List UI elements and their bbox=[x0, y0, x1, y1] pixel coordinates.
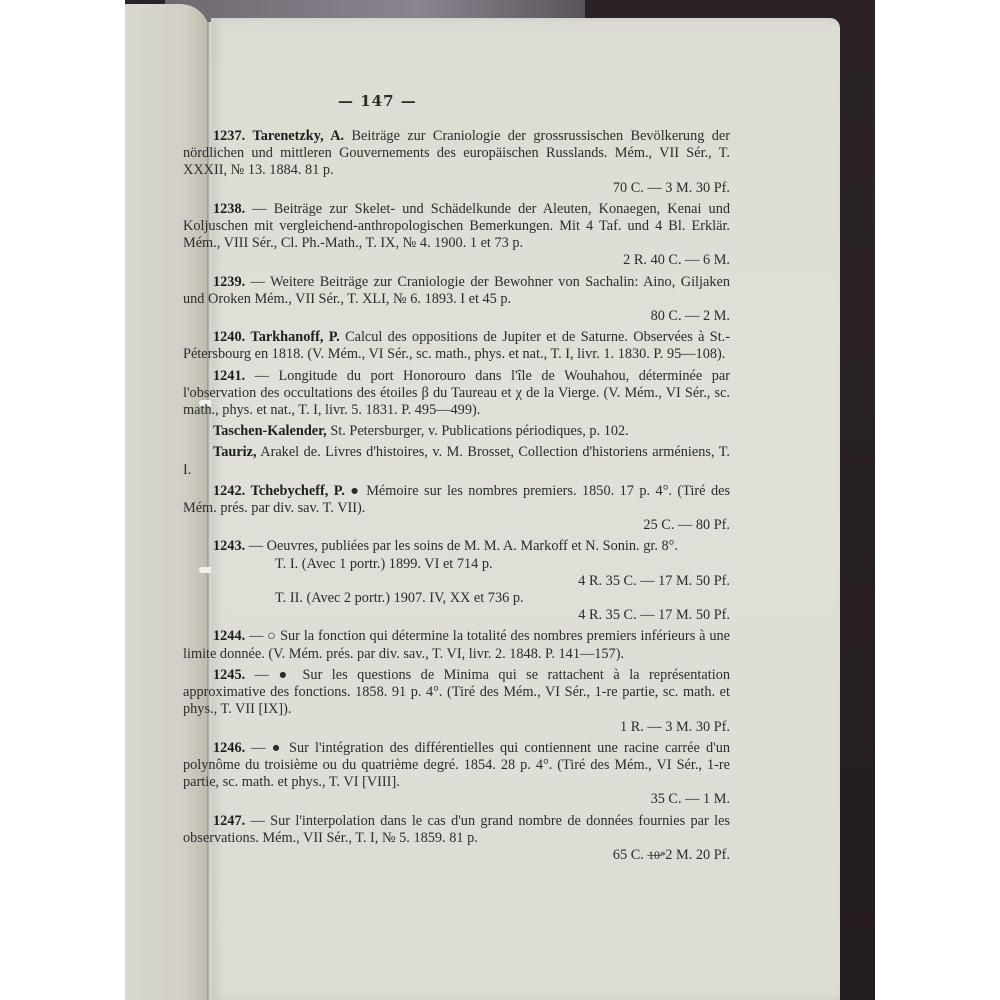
entry-number: 1245. bbox=[213, 667, 245, 683]
entry-number: 1239. bbox=[213, 274, 245, 290]
entry-price: 80 C. — 2 M. bbox=[183, 308, 730, 325]
entry-number: 1242. bbox=[213, 483, 245, 499]
entry-author: — bbox=[251, 740, 265, 756]
entry-text: Arakel de. Livres d'histoires, v. M. Bro… bbox=[183, 444, 730, 477]
entry-1244: 1244. — ○ Sur la fonction qui détermine … bbox=[183, 628, 730, 662]
entry-author: — bbox=[249, 538, 263, 554]
entry-number: 1237. bbox=[213, 128, 245, 144]
entry-price: 70 C. — 3 M. 30 Pf. bbox=[183, 180, 730, 197]
entry-number: 1241. bbox=[213, 368, 245, 384]
entry-1241: 1241. — Longitude du port Honorouro dans… bbox=[183, 368, 730, 420]
entry-author: — bbox=[249, 628, 263, 644]
entry-1237: 1237. Tarenetzky, A. Beiträge zur Cranio… bbox=[183, 128, 730, 197]
entry-text: Sur l'interpolation dans le cas d'un gra… bbox=[183, 813, 730, 846]
entry-price: 35 C. — 1 M. bbox=[183, 791, 730, 808]
entry-number: 1238. bbox=[213, 201, 245, 217]
entry-text: ● Sur l'intégration des différentielles … bbox=[183, 740, 730, 790]
entry-author: — bbox=[251, 274, 265, 290]
entry-text: ○ Sur la fonction qui détermine la total… bbox=[183, 628, 730, 661]
entry-price: 1 R. — 3 M. 30 Pf. bbox=[183, 719, 730, 736]
volume-2-text: T. II. (Avec 2 portr.) 1907. IV, XX et 7… bbox=[183, 590, 730, 607]
entry-author: — bbox=[255, 667, 269, 683]
volume-2-price: 4 R. 35 C. — 17 M. 50 Pf. bbox=[183, 607, 730, 624]
bibliography-list: 1237. Tarenetzky, A. Beiträge zur Cranio… bbox=[183, 128, 730, 868]
volume-1-price: 4 R. 35 C. — 17 M. 50 Pf. bbox=[183, 573, 730, 590]
entry-number: 1244. bbox=[213, 628, 245, 644]
entry-1238: 1238. — Beiträge zur Skelet- und Schädel… bbox=[183, 201, 730, 270]
entry-author: Taschen-Kalender, bbox=[213, 423, 327, 439]
entry-author: Tchebycheff, P. bbox=[251, 483, 345, 499]
entry-1243: 1243. — Oeuvres, publiées par les soins … bbox=[183, 538, 730, 624]
entry-author: — bbox=[251, 813, 265, 829]
entry-number: 1243. bbox=[213, 538, 245, 554]
entry-author: Tarenetzky, A. bbox=[253, 128, 345, 144]
entry-1246: 1246. — ● Sur l'intégration des différen… bbox=[183, 740, 730, 809]
entry-1240: 1240. Tarkhanoff, P. Calcul des oppositi… bbox=[183, 329, 730, 363]
volume-1-text: T. I. (Avec 1 portr.) 1899. VI et 714 p. bbox=[183, 556, 730, 573]
entry-text: Weitere Beiträge zur Craniologie der Bew… bbox=[183, 274, 730, 307]
entry-tauriz: Tauriz, Arakel de. Livres d'histoires, v… bbox=[183, 444, 730, 478]
entry-number: 1247. bbox=[213, 813, 245, 829]
entry-taschen-kalender: Taschen-Kalender, St. Petersburger, v. P… bbox=[183, 423, 730, 440]
entry-number: 1246. bbox=[213, 740, 245, 756]
entry-author: Tauriz, bbox=[213, 444, 257, 460]
entry-1245: 1245. — ● Sur les questions de Minima qu… bbox=[183, 667, 730, 736]
printer-signature-mark: 10* bbox=[648, 848, 666, 863]
entry-number: 1240. bbox=[213, 329, 245, 345]
entry-author: — bbox=[255, 368, 269, 384]
page-number: — 147 — bbox=[338, 92, 417, 110]
entry-1239: 1239. — Weitere Beiträge zur Craniologie… bbox=[183, 274, 730, 326]
entry-price: 2 R. 40 C. — 6 M. bbox=[183, 252, 730, 269]
entry-author: — bbox=[252, 201, 266, 217]
entry-1242: 1242. Tchebycheff, P. ● Mémoire sur les … bbox=[183, 483, 730, 535]
entry-text: St. Petersburger, v. Publications périod… bbox=[330, 423, 628, 439]
entry-text: Oeuvres, publiées par les soins de M. M.… bbox=[267, 538, 678, 554]
entry-price: 25 C. — 80 Pf. bbox=[183, 517, 730, 534]
entry-author: Tarkhanoff, P. bbox=[250, 329, 339, 345]
